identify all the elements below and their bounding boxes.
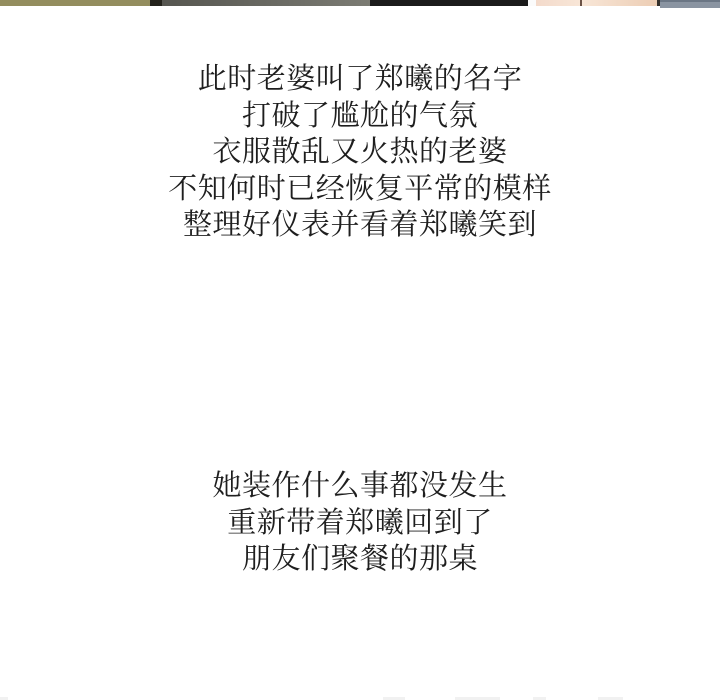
narration-block-2: 她装作什么事都没发生重新带着郑曦回到了朋友们聚餐的那桌 bbox=[0, 467, 720, 577]
webtoon-page: 此时老婆叫了郑曦的名字打破了尴尬的气氛衣服散乱又火热的老婆不知何时已经恢复平常的… bbox=[0, 0, 720, 700]
caption-line: 整理好仪表并看着郑曦笑到 bbox=[0, 206, 720, 243]
skin-tone-sliver-2 bbox=[582, 0, 657, 6]
caption-line: 她装作什么事都没发生 bbox=[0, 467, 720, 504]
bluegray-panel-sliver bbox=[660, 0, 720, 8]
gray-wall-sliver bbox=[162, 0, 370, 6]
white-gap-sliver bbox=[528, 0, 536, 6]
black-panel-sliver bbox=[370, 0, 528, 6]
caption-line: 此时老婆叫了郑曦的名字 bbox=[0, 60, 720, 97]
caption-line: 朋友们聚餐的那桌 bbox=[0, 540, 720, 577]
previous-panel-bottom-edge bbox=[0, 0, 720, 6]
caption-line: 打破了尴尬的气氛 bbox=[0, 97, 720, 134]
caption-line: 不知何时已经恢复平常的模样 bbox=[0, 170, 720, 207]
narration-block-1: 此时老婆叫了郑曦的名字打破了尴尬的气氛衣服散乱又火热的老婆不知何时已经恢复平常的… bbox=[0, 60, 720, 243]
skin-tone-sliver bbox=[536, 0, 580, 6]
caption-line: 衣服散乱又火热的老婆 bbox=[0, 133, 720, 170]
dark-gap-sliver bbox=[150, 0, 162, 6]
next-panel-top-edge bbox=[0, 696, 720, 700]
olive-fabric-sliver bbox=[0, 0, 150, 6]
caption-line: 重新带着郑曦回到了 bbox=[0, 504, 720, 541]
